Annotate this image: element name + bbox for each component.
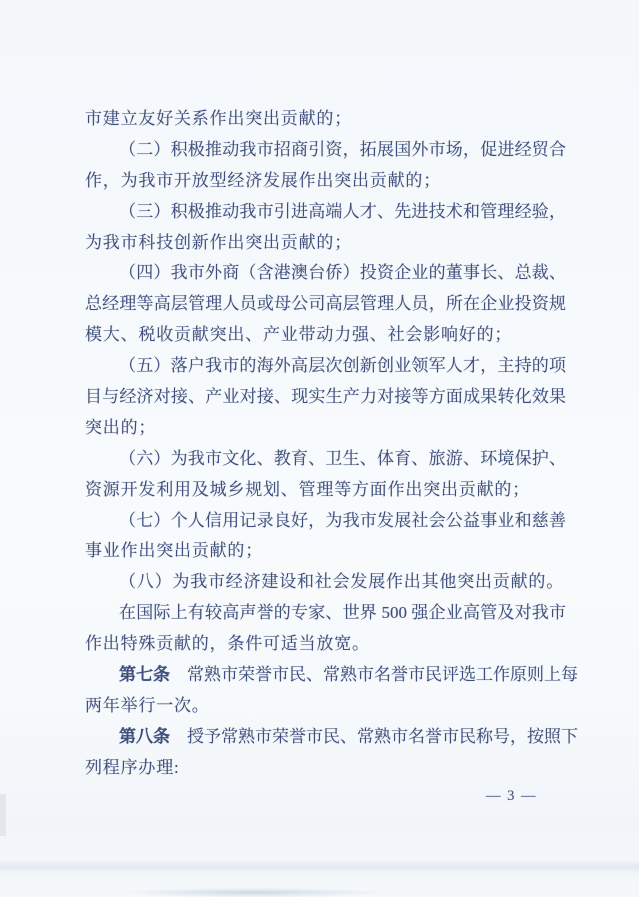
document-text-block: 市建立友好关系作出突出贡献的； （二）积极推动我市招商引资，拓展国外市场，促进经… <box>85 104 566 784</box>
text-line: （四）我市外商（含港澳台侨）投资企业的董事长、总裁、 <box>85 258 566 289</box>
article-text: 常熟市荣誉市民、常熟市名誉市民评选工作原则上每 <box>170 665 578 684</box>
text-line: （三）积极推动我市引进高端人才、先进技术和管理经验， <box>85 197 566 228</box>
text-line: 事业作出突出贡献的； <box>85 536 566 567</box>
scan-bottom-smudge <box>128 888 380 897</box>
text-line: 第八条 授予常熟市荣誉市民、常熟市名誉市民称号，按照下 <box>85 722 566 753</box>
text-line: 两年举行一次。 <box>85 691 566 722</box>
text-line: 第七条 常熟市荣誉市民、常熟市名誉市民评选工作原则上每 <box>85 660 566 691</box>
text-line: 列程序办理: <box>85 753 566 784</box>
text-line: （二）积极推动我市招商引资，拓展国外市场，促进经贸合 <box>85 135 566 166</box>
text-line: （八）为我市经济建设和社会发展作出其他突出贡献的。 <box>85 567 566 598</box>
text-line: 突出的； <box>85 413 566 444</box>
page-number: — 3 — <box>486 788 537 805</box>
article-number: 第八条 <box>119 727 170 746</box>
text-line: 总经理等高层管理人员或母公司高层管理人员，所在企业投资规 <box>85 289 566 320</box>
scan-shadow-band <box>0 859 639 874</box>
text-line: 作，为我市开放型经济发展作出突出贡献的； <box>85 166 566 197</box>
text-line: 为我市科技创新作出突出贡献的； <box>85 228 566 259</box>
text-line: 模大、税收贡献突出、产业带动力强、社会影响好的； <box>85 320 566 351</box>
article-text: 授予常熟市荣誉市民、常熟市名誉市民称号，按照下 <box>170 727 578 746</box>
text-line: 目与经济对接、产业对接、现实生产力对接等方面成果转化效果 <box>85 382 566 413</box>
text-line: （七）个人信用记录良好，为我市发展社会公益事业和慈善 <box>85 506 566 537</box>
scan-edge-artifact <box>0 794 6 836</box>
scanned-document-page: 市建立友好关系作出突出贡献的； （二）积极推动我市招商引资，拓展国外市场，促进经… <box>0 0 639 897</box>
text-line: 在国际上有较高声誉的专家、世界 500 强企业高管及对我市 <box>85 598 566 629</box>
text-line: 资源开发利用及城乡规划、管理等方面作出突出贡献的； <box>85 475 566 506</box>
article-number: 第七条 <box>119 665 170 684</box>
text-line: （六）为我市文化、教育、卫生、体育、旅游、环境保护、 <box>85 444 566 475</box>
text-line: （五）落户我市的海外高层次创新创业领军人才，主持的项 <box>85 351 566 382</box>
text-line: 作出特殊贡献的，条件可适当放宽。 <box>85 629 566 660</box>
text-line: 市建立友好关系作出突出贡献的； <box>85 104 566 135</box>
